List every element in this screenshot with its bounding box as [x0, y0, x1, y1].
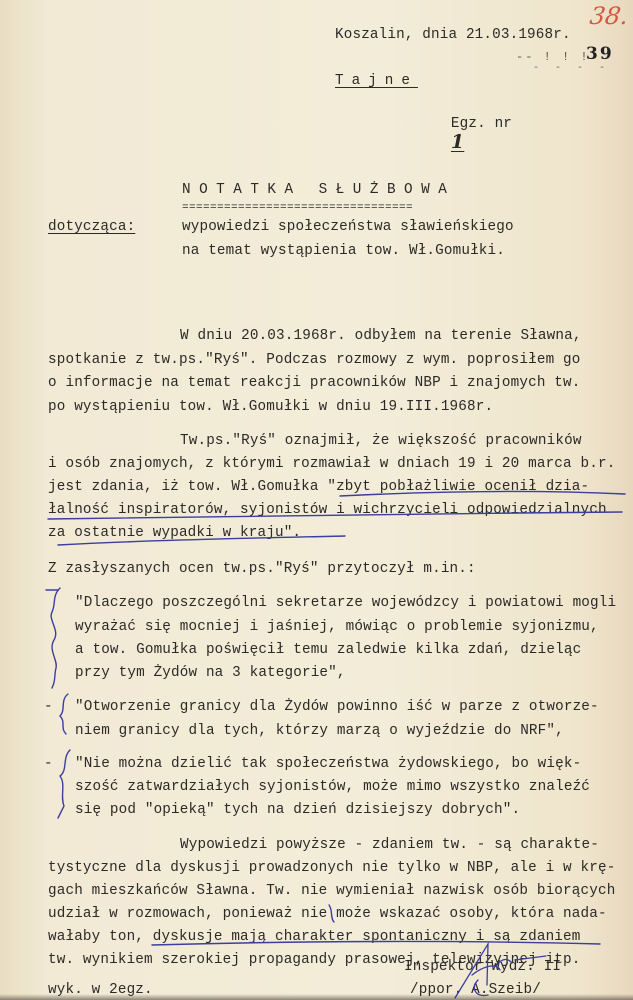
signatory-title: Inspektor Wydz. II — [404, 958, 561, 976]
paragraph-line: W dniu 20.03.1968r. odbyłem na terenie S… — [180, 327, 582, 345]
stamp-marks-lower: - - - - — [533, 63, 610, 74]
paragraph-line: łalność inspiratorów, syjonistów i wichr… — [48, 501, 607, 519]
paragraph-line: Tw.ps."Ryś" oznajmił, że większość praco… — [180, 432, 582, 450]
paragraph-line: wałaby ton, dyskusje mają charakter spon… — [48, 928, 581, 946]
quote-line: szość zatwardziałych syjonistów, może mi… — [75, 778, 590, 796]
paragraph-line: za ostatnie wypadki w kraju". — [48, 524, 301, 542]
copy-label: Egz. nr — [451, 116, 512, 132]
quote-line: się pod "opieką" tych na dzień dzisiejsz… — [75, 801, 520, 819]
paragraph-line: spotkanie z tw.ps."Ryś". Podczas rozmowy… — [48, 351, 581, 369]
paragraph-line: udział w rozmowach, ponieważ nie może ws… — [48, 905, 607, 923]
paragraph-line: gach mieszkańców Sławna. Tw. nie wymieni… — [48, 882, 615, 900]
quote-bullet: - — [44, 698, 53, 716]
stamp-marks: -- ! ! ! — [516, 50, 590, 64]
pen-brace — [58, 750, 70, 818]
pen-brace — [60, 694, 68, 734]
paragraph-line: Wypowiedzi powyższe - zdaniem tw. - są c… — [180, 836, 599, 854]
document-title: NOTATKA SŁUŻBOWA — [182, 181, 455, 199]
paragraph-line: o informacje na temat reakcji pracownikó… — [48, 374, 581, 392]
classification: Tajne — [335, 72, 418, 90]
quote-line: "Dlaczego poszczególni sekretarze wojewó… — [75, 594, 616, 612]
signatory-name: /ppor. A.Szeib/ — [410, 981, 541, 999]
title-rule: ================================= — [182, 199, 413, 217]
paragraph-line: jest zdania, iż tow. Wł.Gomułka "zbyt po… — [48, 478, 589, 496]
paragraph-line: i osób znajomych, z którymi rozmawiał w … — [48, 455, 615, 473]
subject-line: wypowiedzi społeczeństwa sławieńskiego — [182, 218, 514, 236]
quote-line: "Otworzenie granicy dla Żydów powinno iś… — [75, 698, 599, 716]
subject-line: na temat wystąpienia tow. Wł.Gomułki. — [182, 242, 505, 260]
place-date: Koszalin, dnia 21.03.1968r. — [335, 26, 571, 44]
quote-bullet: - — [44, 755, 53, 773]
archive-page-number-red: 38. — [588, 2, 630, 30]
quote-line: wyrażać się mocniej i jaśniej, mówiąc o … — [75, 618, 599, 636]
paragraph-line: po wystąpieniu tow. Wł.Gomułki w dniu 19… — [48, 398, 493, 416]
quotes-intro: Z zasłyszanych ocen tw.ps."Ryś" przytocz… — [48, 560, 476, 578]
quote-line: przy tym Żydów na 3 kategorie", — [75, 664, 346, 682]
copy-line: Egz. nr 1 — [416, 97, 512, 172]
paragraph-line: tystyczne dla dyskusji prowadzonych nie … — [48, 859, 615, 877]
quote-line: "Nie można dzielić tak społeczeństwa żyd… — [75, 755, 581, 773]
subject-label: dotycząca: — [48, 218, 135, 236]
pen-brace — [46, 588, 60, 688]
document-page: 38. -- ! ! ! - - - - 39 Koszalin, dnia 2… — [0, 0, 633, 1000]
copy-number: 1 — [451, 131, 464, 153]
archive-page-number-stamp: 39 — [586, 44, 614, 64]
quote-line: a tow. Gomułka poświęcił temu zaledwie k… — [75, 641, 581, 659]
copies-note: wyk. w 2egz. — [48, 981, 153, 999]
quote-line: niem granicy dla tych, którzy marzą o wy… — [75, 722, 564, 740]
